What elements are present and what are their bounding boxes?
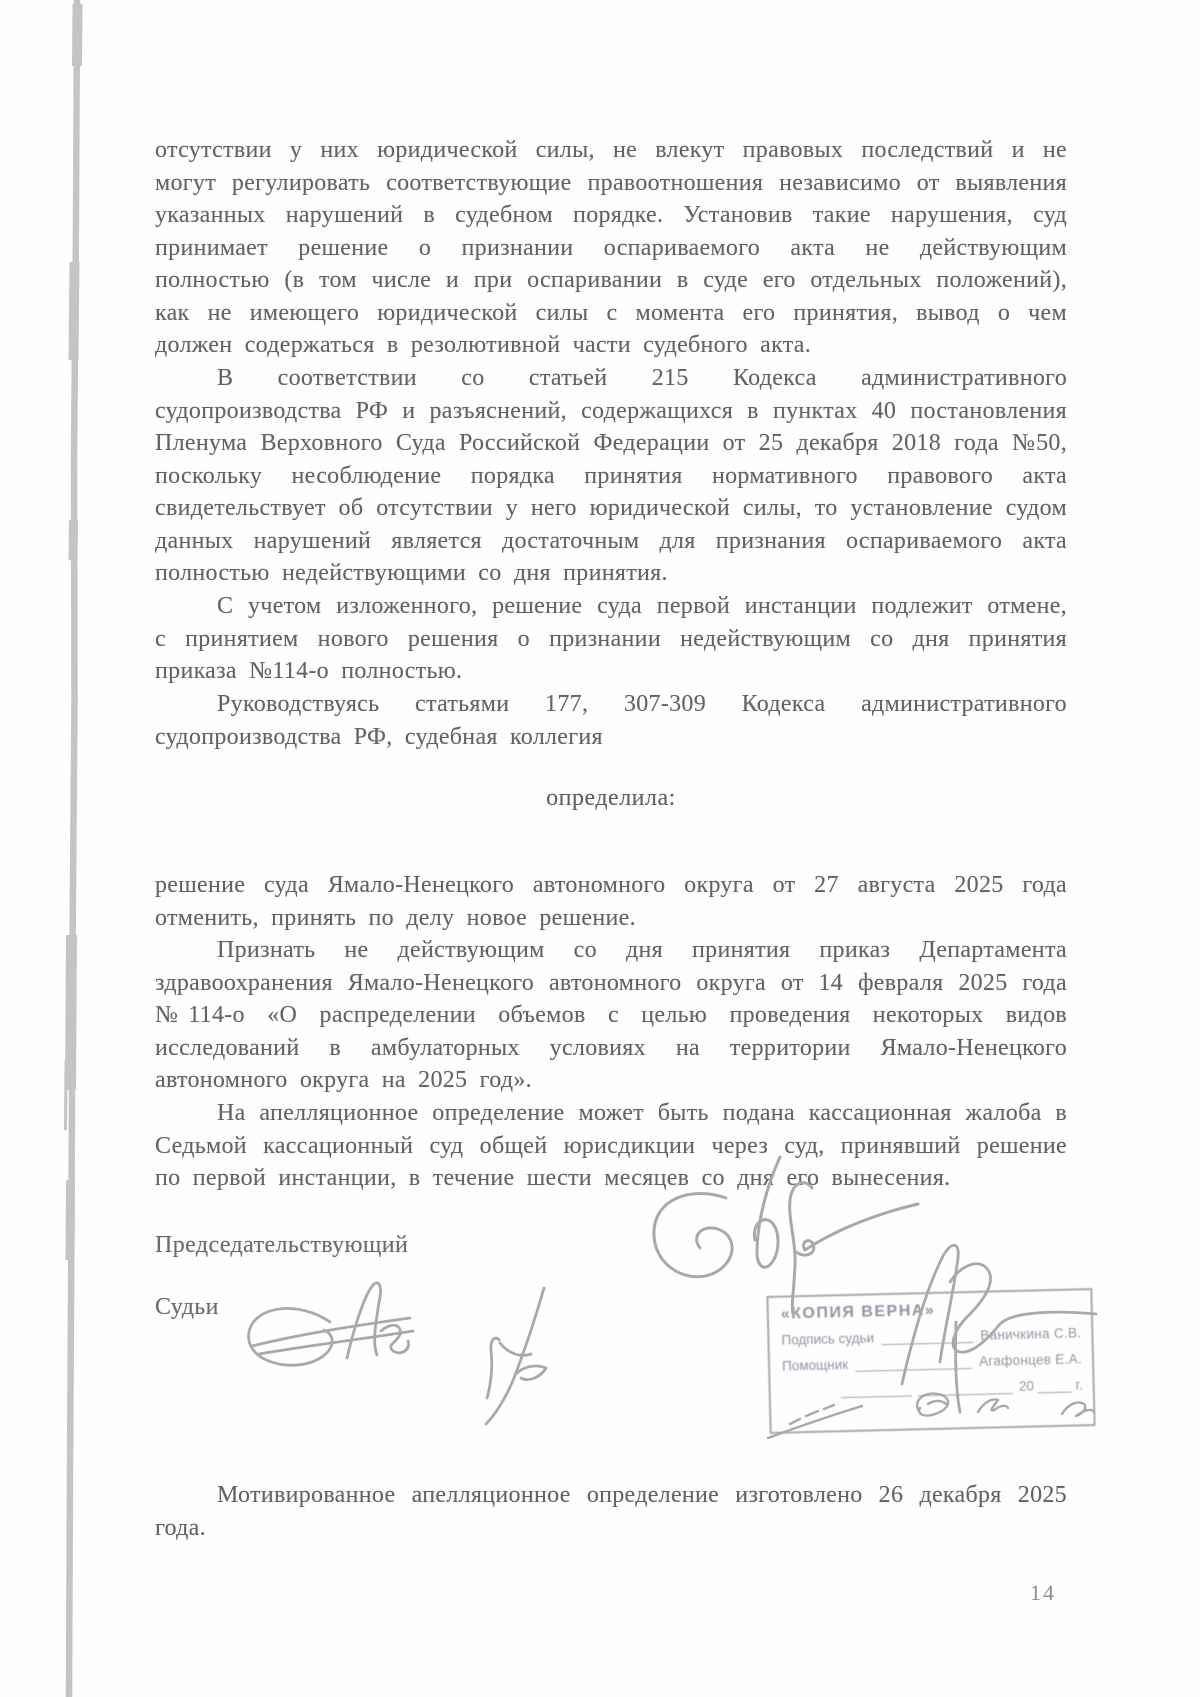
- page-number: 14: [1030, 1580, 1056, 1606]
- stamp-assistant-name: Агафонцев Е.А.: [979, 1351, 1082, 1369]
- body-paragraph: С учетом изложенного, решение суда перво…: [155, 590, 1067, 688]
- body-paragraph: Руководствуясь статьями 177, 307-309 Код…: [155, 688, 1067, 753]
- body-paragraph: В соответствии со статьей 215 Кодекса ад…: [155, 362, 1067, 590]
- closing-paragraph: Мотивированное апелляционное определение…: [155, 1479, 1067, 1544]
- resolution-paragraph: На апелляционное определение может быть …: [155, 1097, 1067, 1195]
- judge-signature: [249, 1283, 413, 1365]
- judge-signature: [486, 1288, 546, 1424]
- stamp-year-prefix: 20: [1019, 1378, 1034, 1393]
- stamp-date-row: 20 г.: [783, 1377, 1083, 1399]
- stamp-judge-signature-label: Подпись судьи: [781, 1330, 874, 1347]
- judges-label: Судьи: [155, 1294, 219, 1321]
- date-line: [918, 1381, 1013, 1396]
- stamp-assistant-row: Помощник Агафонцев Е.А.: [782, 1351, 1082, 1373]
- signature-line: [881, 1330, 973, 1345]
- stamp-judge-name: Ваничкина С.В.: [980, 1325, 1082, 1342]
- stamp-judge-row: Подпись судьи Ваничкина С.В.: [781, 1325, 1081, 1347]
- date-line: [1038, 1380, 1072, 1394]
- ruling-heading: определила:: [155, 782, 1067, 815]
- resolution-paragraph: решение суда Ямало-Ненецкого автономного…: [155, 869, 1067, 934]
- signature-line: [855, 1356, 972, 1372]
- presiding-judge-label: Председательствующий: [155, 1232, 408, 1259]
- scan-artifact: [66, 0, 78, 1697]
- date-line: [841, 1383, 913, 1398]
- stamp-title: «КОПИЯ ВЕРНА»: [781, 1298, 1081, 1323]
- body-paragraph: отсутствии у них юридической силы, не вл…: [155, 134, 1067, 362]
- stamp-assistant-label: Помощник: [782, 1357, 848, 1374]
- copy-stamp: «КОПИЯ ВЕРНА» Подпись судьи Ваничкина С.…: [766, 1288, 1095, 1434]
- document-page: отсутствии у них юридической силы, не вл…: [0, 0, 1200, 1697]
- resolution-paragraph: Признать не действующим со дня принятия …: [155, 934, 1067, 1097]
- stamp-year-suffix: г.: [1075, 1377, 1082, 1392]
